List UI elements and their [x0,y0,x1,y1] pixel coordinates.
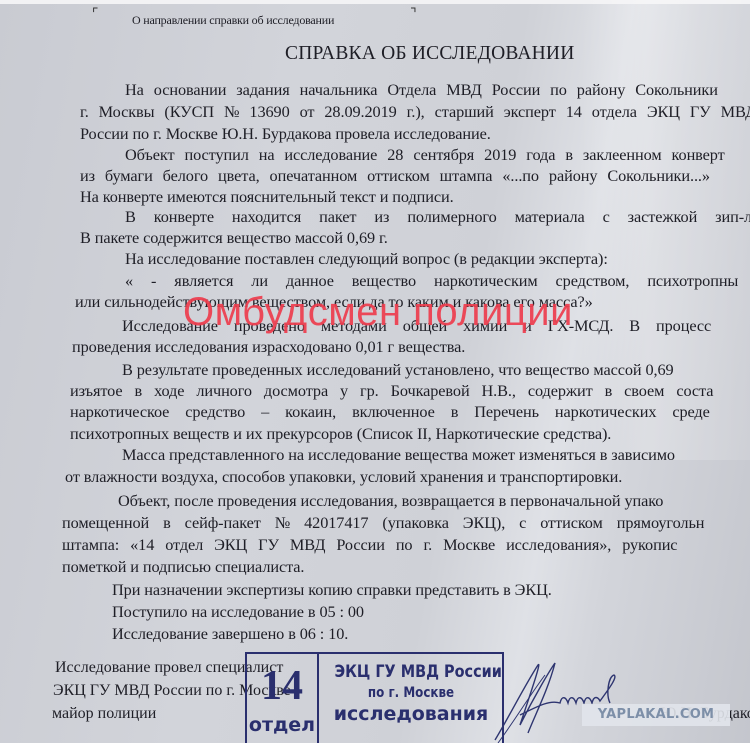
photo-top-edge [0,0,750,4]
rectangular-stamp: 14 отдел ЭКЦ ГУ МВД России по г. Москве … [245,652,504,743]
watermark-text: Омбудсмен полиции [183,290,573,335]
text-line: На основании задания начальника Отдела М… [125,80,718,100]
text-line: На конверте имеются пояснительный текст … [80,187,454,207]
text-line: Исследование завершено в 06 : 10. [112,624,348,644]
text-line: В конверте находится пакет из полимерног… [125,207,750,227]
text-line: от влажности воздуха, способов упаковки,… [65,467,622,487]
text-line: проведения исследования израсходовано 0,… [72,337,465,357]
text-line: « - является ли данное вещество наркотич… [125,271,738,291]
signer-line-3: майор полиции [52,705,156,723]
corner-mark-right: ⌝ [410,6,417,22]
text-line: наркотическое средство – кокаин, включен… [70,402,710,422]
site-watermark: YAPLAKAL.COM [582,704,730,726]
text-line: помещенной в сейф-пакет № 42017417 (упак… [62,513,704,533]
text-line: На исследование поставлен следующий вопр… [125,249,608,269]
text-line: При назначении экспертизы копию справки … [112,580,552,600]
text-line: В результате проведенных исследований ус… [122,360,674,380]
handwritten-signature [490,655,630,743]
corner-mark-left: ⌜ [92,6,99,22]
text-line: штампа: «14 отдел ЭКЦ ГУ МВД России по г… [62,535,677,555]
stamp-dept: отдел [247,714,317,736]
stamp-text-box: ЭКЦ ГУ МВД России по г. Москве исследова… [321,662,501,725]
text-line: В пакете содержится вещество массой 0,69… [80,228,388,248]
stamp-line-2: по г. Москве [335,685,488,701]
document-subject: О направлении справки об исследовании [132,13,334,28]
stamp-line-3: исследования [321,703,501,725]
text-line: психотропных веществ и их прекурсоров (С… [70,424,611,444]
text-line: России по г. Москве Ю.Н. Бурдакова прове… [80,124,491,144]
text-line: г. Москвы (КУСП № 13690 от 28.09.2019 г.… [80,102,750,122]
text-line: Поступило на исследование в 05 : 00 [112,602,364,622]
document-title: СПРАВКА ОБ ИССЛЕДОВАНИИ [285,43,574,65]
stamp-dept-box: 14 отдел [247,654,319,743]
text-line: изъятое в ходе личного досмотра у гр. Бо… [70,381,713,401]
text-line: пометкой и подписью специалиста. [62,557,304,577]
text-line: Масса представленного на исследование ве… [122,445,675,465]
text-line: Объект, после проведения исследования, в… [118,491,663,511]
text-line: из бумаги белого цвета, опечатанном отти… [80,166,710,186]
stamp-line-1: ЭКЦ ГУ МВД России [335,662,488,682]
stamp-number: 14 [247,662,317,710]
text-line: Объект поступил на исследование 28 сентя… [125,145,725,165]
